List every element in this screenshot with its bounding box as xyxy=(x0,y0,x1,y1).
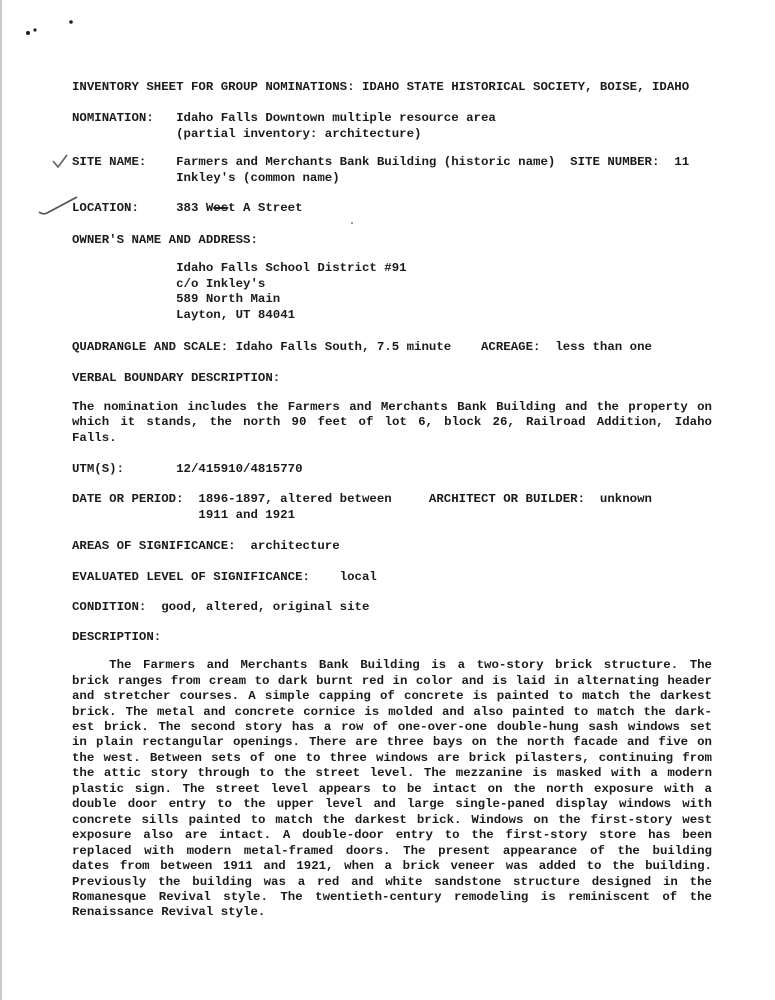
paragraph-line: the attic story through to the street le… xyxy=(72,766,712,781)
paragraph-line: the west. Between sets of one to three w… xyxy=(72,751,712,766)
date-or-period-label: DATE OR PERIOD: xyxy=(72,491,198,507)
location-value-struck: es xyxy=(213,201,228,215)
areas-of-significance-value: architecture xyxy=(250,539,339,553)
architect-value: unknown xyxy=(600,492,652,506)
description-label: DESCRIPTION: xyxy=(72,629,712,645)
pencil-checkmark-icon xyxy=(53,155,67,167)
field-areas-of-significance: AREAS OF SIGNIFICANCE:architecture xyxy=(72,538,712,554)
field-nomination: NOMINATION: Idaho Falls Downtown multipl… xyxy=(72,110,712,142)
paragraph-line: double door entry to the upper level and… xyxy=(72,797,712,812)
field-condition: CONDITION:good, altered, original site xyxy=(72,599,712,615)
owner-address-block: Idaho Falls School District #91 c/o Inkl… xyxy=(176,261,712,324)
paragraph-line: which it stands, the north 90 feet of lo… xyxy=(72,415,712,430)
owner-label: OWNER'S NAME AND ADDRESS: xyxy=(72,232,712,248)
paragraph-line: Previously the building was a red and wh… xyxy=(72,875,712,890)
field-evaluated-level: EVALUATED LEVEL OF SIGNIFICANCE:local xyxy=(72,569,712,585)
paragraph-line: brick ranges from cream to dark burnt re… xyxy=(72,674,712,689)
site-name-value: Farmers and Merchants Bank Building (his… xyxy=(176,155,555,169)
document-content: INVENTORY SHEET FOR GROUP NOMINATIONS: I… xyxy=(72,79,712,921)
date-or-period-value-line1: 1896-1897, altered between xyxy=(198,492,391,506)
utm-label: UTM(S): xyxy=(72,461,176,477)
paragraph-line: brick. The metal and concrete cornice is… xyxy=(72,705,712,720)
nomination-label: NOMINATION: xyxy=(72,110,176,126)
verbal-boundary-label: VERBAL BOUNDARY DESCRIPTION: xyxy=(72,370,712,386)
paragraph-line: exposure also are intact. A double-door … xyxy=(72,828,712,843)
acreage-value: less than one xyxy=(555,340,652,354)
location-value-pre: 383 W xyxy=(176,201,213,215)
field-quadrangle: QUADRANGLE AND SCALE:Idaho Falls South, … xyxy=(72,339,712,355)
site-name-value-line2: Inkley's (common name) xyxy=(176,170,712,186)
paragraph-line: dates from between 1911 and 1921, when a… xyxy=(72,859,712,874)
paragraph-line: and stretcher courses. A simple capping … xyxy=(72,689,712,704)
paragraph-line: Renaissance Revival style. xyxy=(72,905,712,920)
paragraph-line: Falls. xyxy=(72,431,712,446)
nomination-value-line1: Idaho Falls Downtown multiple resource a… xyxy=(176,110,712,126)
paragraph-line: The Farmers and Merchants Bank Building … xyxy=(72,658,712,673)
document-title: INVENTORY SHEET FOR GROUP NOMINATIONS: I… xyxy=(72,79,712,95)
site-number-label: SITE NUMBER: xyxy=(570,155,659,169)
field-site-name: SITE NAME: Farmers and Merchants Bank Bu… xyxy=(72,154,712,186)
condition-label: CONDITION: xyxy=(72,600,146,614)
date-or-period-value-line2: 1911 and 1921 xyxy=(198,507,712,523)
evaluated-level-label: EVALUATED LEVEL OF SIGNIFICANCE: xyxy=(72,570,310,584)
paragraph-line: Romanesque Revival style. The twentieth-… xyxy=(72,890,712,905)
quadrangle-label: QUADRANGLE AND SCALE: xyxy=(72,340,228,354)
location-value-post: t A Street xyxy=(228,201,302,215)
site-name-label: SITE NAME: xyxy=(72,154,176,170)
acreage-label: ACREAGE: xyxy=(481,340,541,354)
paragraph-line: replaced with modern metal-framed doors.… xyxy=(72,844,712,859)
owner-address-line: Idaho Falls School District #91 xyxy=(176,261,712,277)
site-number-value: 11 xyxy=(674,155,689,169)
owner-address-line: Layton, UT 84041 xyxy=(176,308,712,324)
paragraph-line: plastic sign. The street level appears t… xyxy=(72,782,712,797)
owner-address-line: 589 North Main xyxy=(176,292,712,308)
description-paragraph: The Farmers and Merchants Bank Building … xyxy=(72,658,712,921)
condition-value: good, altered, original site xyxy=(161,600,369,614)
field-date-or-period: DATE OR PERIOD: 1896-1897, altered betwe… xyxy=(72,491,712,523)
paragraph-line: est brick. The second story has a row of… xyxy=(72,720,712,735)
document-page: INVENTORY SHEET FOR GROUP NOMINATIONS: I… xyxy=(0,0,775,1000)
areas-of-significance-label: AREAS OF SIGNIFICANCE: xyxy=(72,539,236,553)
evaluated-level-value: local xyxy=(340,570,377,584)
field-utm: UTM(S): 12/415910/4815770 xyxy=(72,461,712,477)
utm-value: 12/415910/4815770 xyxy=(176,461,712,477)
nomination-value-line2: (partial inventory: architecture) xyxy=(176,126,712,142)
location-label: LOCATION: xyxy=(72,200,176,216)
paragraph-line: The nomination includes the Farmers and … xyxy=(72,400,712,415)
field-location: LOCATION: 383 West A Street xyxy=(72,200,712,216)
architect-label: ARCHITECT OR BUILDER: xyxy=(429,492,585,506)
paragraph-line: concrete sills painted to match the dark… xyxy=(72,813,712,828)
verbal-boundary-paragraph: The nomination includes the Farmers and … xyxy=(72,400,712,446)
owner-address-line: c/o Inkley's xyxy=(176,277,712,293)
quadrangle-value: Idaho Falls South, 7.5 minute xyxy=(236,340,452,354)
paragraph-line: in plain rectangular openings. There are… xyxy=(72,735,712,750)
